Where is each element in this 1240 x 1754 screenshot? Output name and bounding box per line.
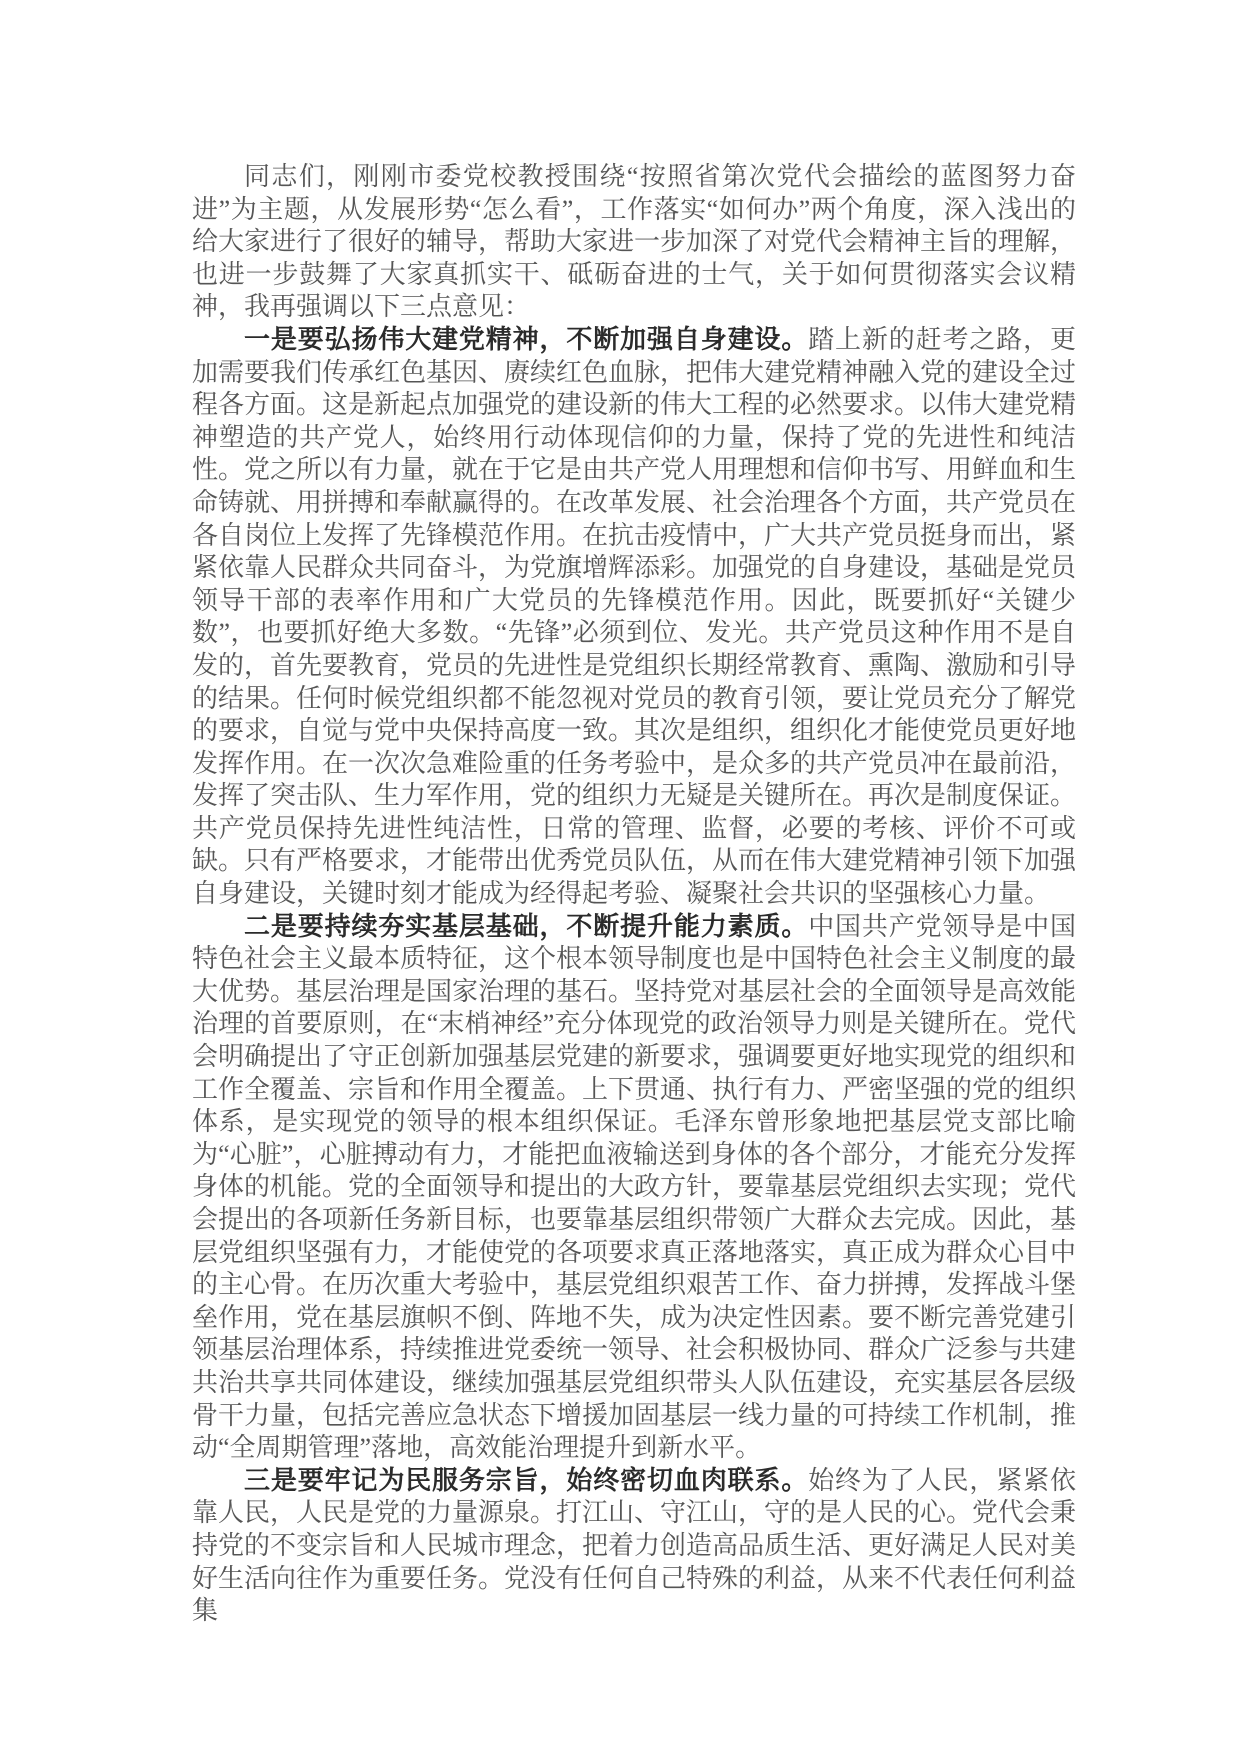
paragraph-section-3: 三是要牢记为民服务宗旨，始终密切血肉联系。始终为了人民，紧紧依靠人民，人民是党的… [192, 1465, 1076, 1628]
document-body: 同志们，刚刚市委党校教授围绕“按照省第次党代会描绘的蓝图努力奋进”为主题，从发展… [192, 161, 1076, 1628]
paragraph-text: 同志们，刚刚市委党校教授围绕“按照省第次党代会描绘的蓝图努力奋进”为主题，从发展… [192, 162, 1076, 321]
paragraph-text: 中国共产党领导是中国特色社会主义最本质特征，这个根本领导制度也是中国特色社会主义… [192, 912, 1076, 1463]
document-page: 同志们，刚刚市委党校教授围绕“按照省第次党代会描绘的蓝图努力奋进”为主题，从发展… [0, 0, 1240, 1754]
paragraph-intro: 同志们，刚刚市委党校教授围绕“按照省第次党代会描绘的蓝图努力奋进”为主题，从发展… [192, 161, 1076, 324]
paragraph-lead: 一是要弘扬伟大建党精神，不断加强自身建设。 [244, 325, 808, 354]
paragraph-lead: 三是要牢记为民服务宗旨，始终密切血肉联系。 [244, 1466, 808, 1495]
paragraph-section-2: 二是要持续夯实基层基础，不断提升能力素质。中国共产党领导是中国特色社会主义最本质… [192, 911, 1076, 1465]
paragraph-lead: 二是要持续夯实基层基础，不断提升能力素质。 [244, 912, 808, 941]
paragraph-section-1: 一是要弘扬伟大建党精神，不断加强自身建设。踏上新的赶考之路，更加需要我们传承红色… [192, 324, 1076, 911]
paragraph-text: 踏上新的赶考之路，更加需要我们传承红色基因、赓续红色血脉，把伟大建党精神融入党的… [192, 325, 1076, 908]
